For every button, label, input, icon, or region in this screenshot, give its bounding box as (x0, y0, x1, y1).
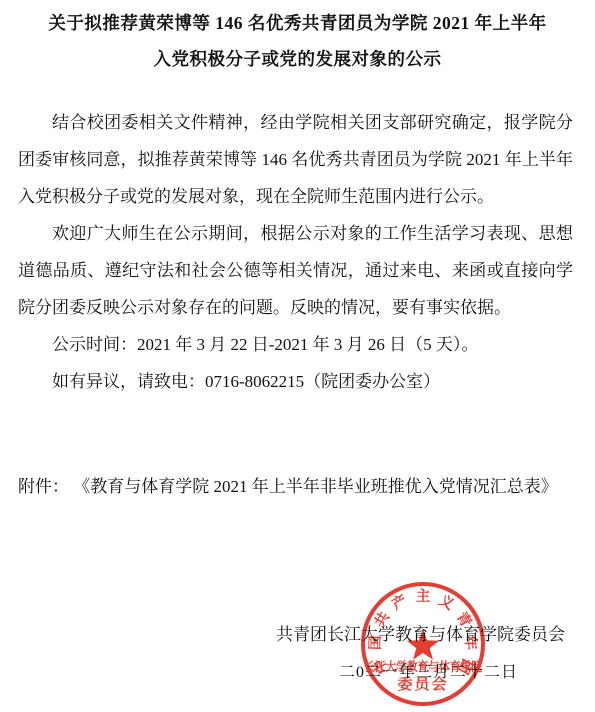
paragraph-publicity-period: 公示时间：2021 年 3 月 22 日-2021 年 3 月 26 日（5 天… (18, 326, 573, 363)
attachment-line: 附件： 《教育与体育学院 2021 年上半年非毕业班推优入党情况汇总表》 (18, 468, 573, 505)
svg-text:义: 义 (436, 592, 457, 614)
seal-org-text: 长江大学教育与体育学院 (364, 659, 482, 674)
paragraph-feedback-invitation: 欢迎广大师生在公示期间，根据公示对象的工作生活学习表现、思想道德品质、遵纪守法和… (18, 215, 573, 326)
seal-committee-text: 委员会 (397, 675, 448, 693)
red-star-icon (407, 629, 439, 660)
document-body: 结合校团委相关文件精神，经由学院相关团支部研究确定，报学院分团委审核同意，拟推荐… (18, 104, 573, 400)
svg-text:主: 主 (416, 587, 431, 605)
official-seal-graphic: 中国共产主义青年团 长江大学教育与体育学院 委员会 (357, 578, 489, 710)
paragraph-contact-phone: 如有异议，请致电：0716-8062215（院团委办公室） (18, 363, 573, 400)
document-title-line-2: 入党积极分子或党的发展对象的公示 (0, 41, 595, 77)
paragraph-recommendation: 结合校团委相关文件精神，经由学院相关团支部研究确定，报学院分团委审核同意，拟推荐… (18, 104, 573, 215)
official-seal: 中国共产主义青年团 长江大学教育与体育学院 委员会 (357, 578, 489, 710)
document-page: 关于拟推荐黄荣博等 146 名优秀共青团员为学院 2021 年上半年 入党积极分… (0, 0, 595, 712)
document-title-line-1: 关于拟推荐黄荣博等 146 名优秀共青团员为学院 2021 年上半年 (0, 5, 595, 41)
document-title: 关于拟推荐黄荣博等 146 名优秀共青团员为学院 2021 年上半年 入党积极分… (0, 5, 595, 77)
svg-text:国: 国 (366, 635, 384, 650)
svg-text:年: 年 (462, 635, 480, 650)
